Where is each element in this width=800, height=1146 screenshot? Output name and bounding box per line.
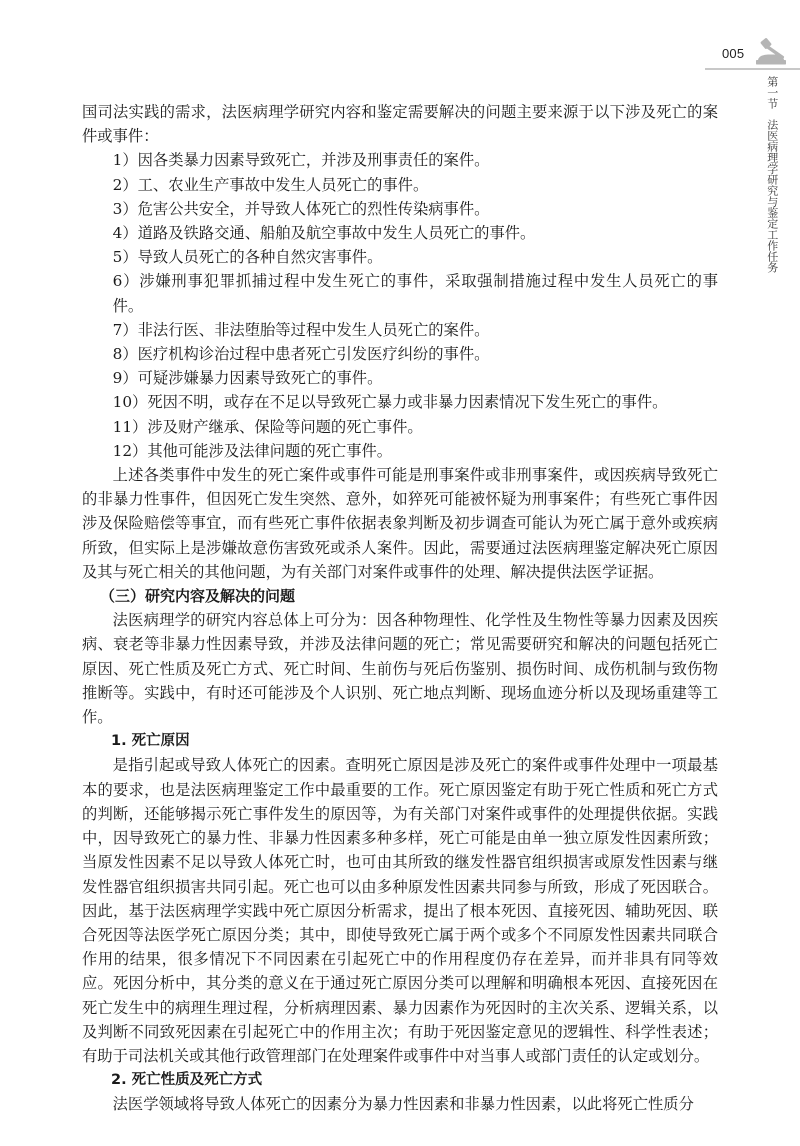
list-item: 4）道路及铁路交通、船舶及航空事故中发生人员死亡的事件。: [82, 221, 718, 245]
header-rule: [705, 68, 800, 70]
list-item: 11）涉及财产继承、保险等问题的死亡事件。: [82, 415, 718, 439]
list-item: 6）涉嫌刑事犯罪抓捕过程中发生死亡的事件，采取强制措施过程中发生人员死亡的事件。: [82, 269, 718, 317]
list-item: 5）导致人员死亡的各种自然灾害事件。: [82, 245, 718, 269]
section-title: 法医病理学研究与鉴定工作任务: [765, 119, 779, 273]
list-item: 2）工、农业生产事故中发生人员死亡的事件。: [82, 173, 718, 197]
list-item: 10）死因不明，或存在不足以导致死亡暴力或非暴力因素情况下发生死亡的事件。: [82, 390, 718, 414]
cause-of-death-paragraph: 是指引起或导致人体死亡的因素。查明死亡原因是涉及死亡的案件或事件处理中一项最基本…: [82, 753, 718, 1068]
list-item: 1）因各类暴力因素导致死亡，并涉及刑事责任的案件。: [82, 148, 718, 172]
summary-paragraph: 上述各类事件中发生的死亡案件或事件可能是刑事案件或非刑事案件，或因疾病导致死亡的…: [82, 463, 718, 584]
manner-of-death-paragraph: 法医学领域将导致人体死亡的因素分为暴力性因素和非暴力性因素，以此将死亡性质分: [82, 1092, 718, 1116]
list-item: 12）其他可能涉及法律问题的死亡事件。: [82, 439, 718, 463]
list-item: 3）危害公共安全，并导致人体死亡的烈性传染病事件。: [82, 197, 718, 221]
subheading-cause-of-death: 1. 死亡原因: [82, 729, 718, 753]
chapter-side-tab: 第一节 法医病理学研究与鉴定工作任务: [760, 76, 784, 273]
page-body: 国司法实践的需求，法医病理学研究内容和鉴定需要解决的问题主要来源于以下涉及死亡的…: [82, 100, 718, 1117]
list-item: 8）医疗机构诊治过程中患者死亡引发医疗纠纷的事件。: [82, 342, 718, 366]
research-content-paragraph: 法医病理学的研究内容总体上可分为：因各种物理性、化学性及生物性等暴力因素及因疾病…: [82, 608, 718, 729]
section-number: 第一节: [765, 76, 779, 109]
list-item: 9）可疑涉嫌暴力因素导致死亡的事件。: [82, 366, 718, 390]
section-heading-research-content: （三）研究内容及解决的问题: [82, 584, 718, 608]
gavel-icon: [752, 38, 796, 66]
subheading-manner-of-death: 2. 死亡性质及死亡方式: [82, 1068, 718, 1092]
list-item: 7）非法行医、非法堕胎等过程中发生人员死亡的案件。: [82, 318, 718, 342]
page-number: 005: [722, 46, 744, 61]
intro-paragraph: 国司法实践的需求，法医病理学研究内容和鉴定需要解决的问题主要来源于以下涉及死亡的…: [82, 100, 718, 148]
case-source-list: 1）因各类暴力因素导致死亡，并涉及刑事责任的案件。 2）工、农业生产事故中发生人…: [82, 148, 718, 463]
